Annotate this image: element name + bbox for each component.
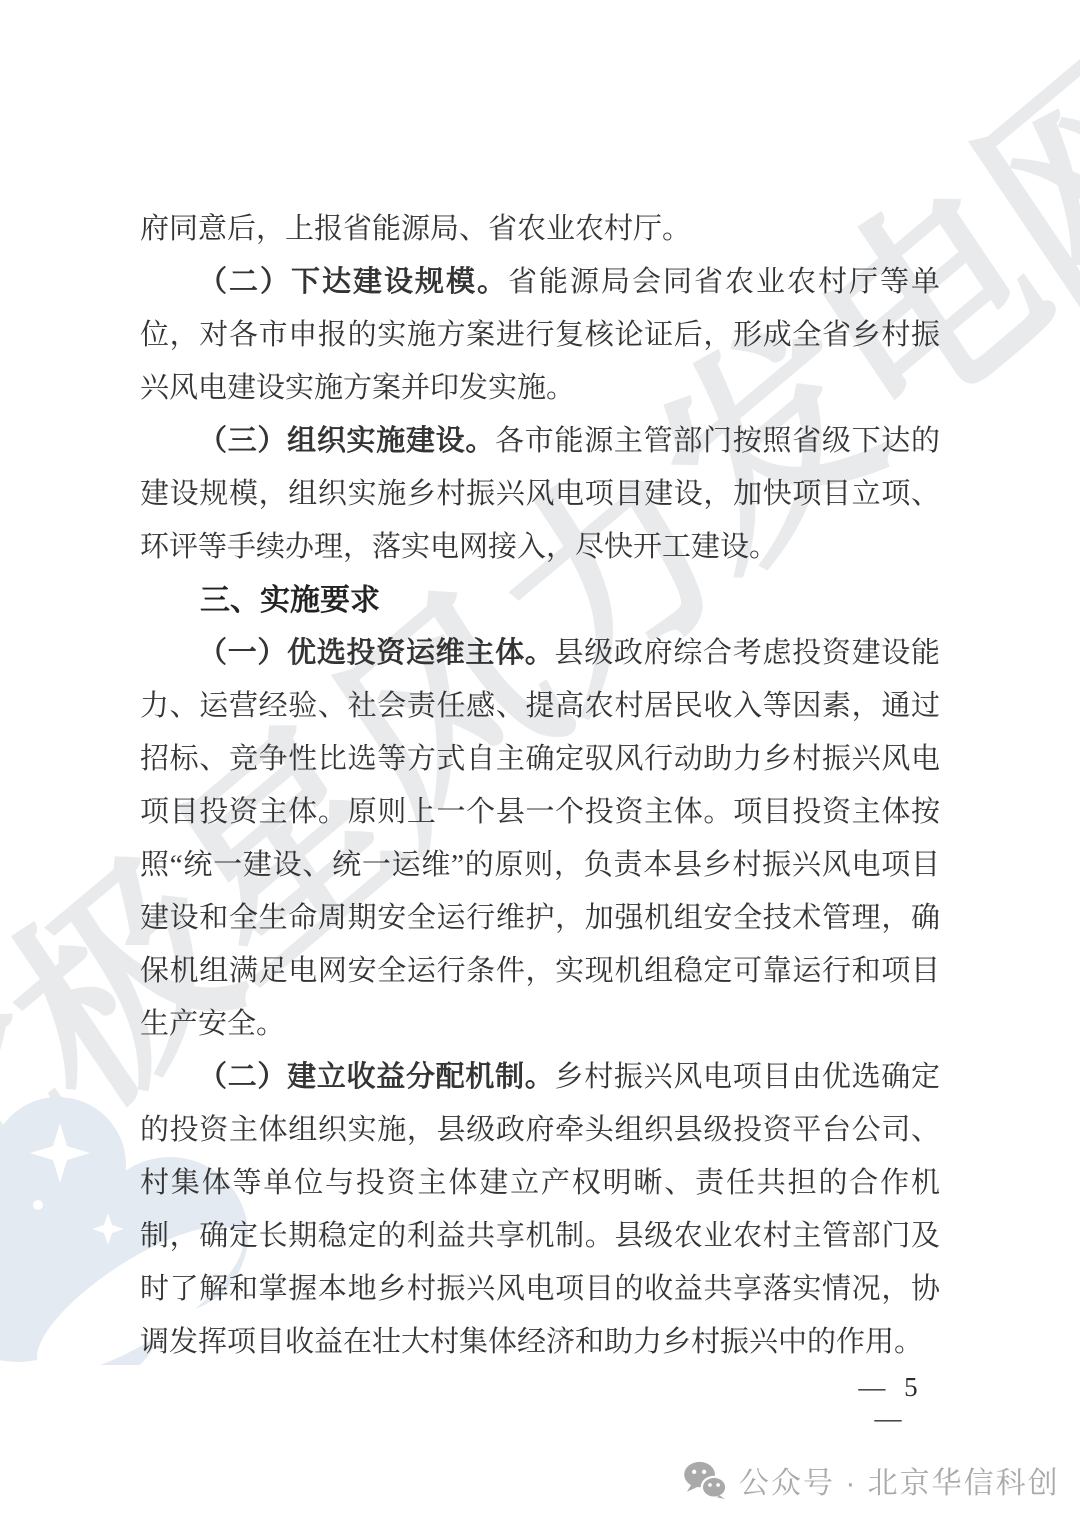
paragraph-lead-bold: （一）优选投资运维主体。 xyxy=(198,637,555,669)
footer-watermark: 公众号 · 北京华信科创 xyxy=(683,1458,1060,1502)
document-body: 府同意后，上报省能源局、省农业农村厅。（二）下达建设规模。省能源局会同省农业农村… xyxy=(140,203,940,1369)
paragraph: 府同意后，上报省能源局、省农业农村厅。 xyxy=(140,203,940,256)
paragraph: （二）建立收益分配机制。乡村振兴风电项目由优选确定的投资主体组织实施，县级政府牵… xyxy=(140,1051,940,1369)
paragraph-text: 县级政府综合考虑投资建设能力、运营经验、社会责任感、提高农村居民收入等因素，通过… xyxy=(140,637,940,1040)
paragraph: （三）组织实施建设。各市能源主管部门按照省级下达的建设规模，组织实施乡村振兴风电… xyxy=(140,415,940,574)
paragraph-lead-bold: 三、实施要求 xyxy=(200,584,380,617)
paragraph: （一）优选投资运维主体。县级政府综合考虑投资建设能力、运营经验、社会责任感、提高… xyxy=(140,627,940,1051)
paragraph-text: 乡村振兴风电项目由优选确定的投资主体组织实施，县级政府牵头组织县级投资平台公司、… xyxy=(140,1061,940,1358)
page-number: — 5 — xyxy=(836,1372,946,1434)
footer-label: 公众号 · 北京华信科创 xyxy=(739,1458,1060,1502)
document-page: 北极星风力发电网 府同意后，上报省能源局、省农业农村厅。（二）下达建设规模。省能… xyxy=(0,0,1080,1528)
paragraph-lead-bold: （二）下达建设规模。 xyxy=(198,266,508,298)
paragraph-lead-bold: （二）建立收益分配机制。 xyxy=(198,1061,555,1093)
paragraph-lead-bold: （三）组织实施建设。 xyxy=(198,425,495,457)
paragraph: （二）下达建设规模。省能源局会同省农业农村厅等单位，对各市申报的实施方案进行复核… xyxy=(140,256,940,415)
paragraph-text: 府同意后，上报省能源局、省农业农村厅。 xyxy=(140,213,691,245)
section-heading: 三、实施要求 xyxy=(140,574,940,627)
wechat-icon xyxy=(683,1461,727,1499)
